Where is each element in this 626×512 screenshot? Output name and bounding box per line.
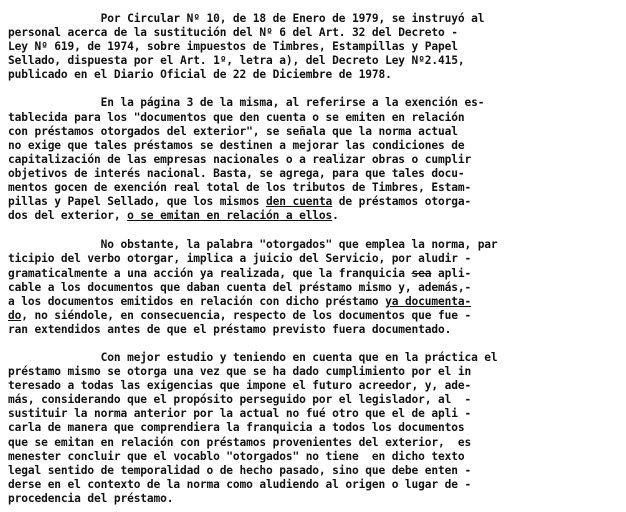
text-segment: No obstante, la palabra "otorgados" que … bbox=[8, 238, 498, 251]
text-line: carla de manera que comprendiera la fran… bbox=[8, 421, 620, 435]
text-line: Ley Nº 619, de 1974, sobre impuestos de … bbox=[8, 40, 620, 54]
text-line: No obstante, la palabra "otorgados" que … bbox=[8, 238, 620, 252]
text-segment: pillas y Papel Sellado, que los mismos bbox=[8, 195, 266, 208]
text-line: do, no siéndole, en consecuencia, respec… bbox=[8, 309, 620, 323]
text-line: gramaticalmente a una acción ya realizad… bbox=[8, 267, 620, 281]
paragraph: Con mejor estudio y teniendo en cuenta q… bbox=[8, 351, 620, 506]
text-segment: . bbox=[332, 209, 339, 222]
text-line: sustituir la norma anterior por la actua… bbox=[8, 407, 620, 421]
text-segment: apli- bbox=[431, 267, 471, 280]
text-segment: cable a los documentos que daban cuenta … bbox=[8, 281, 471, 294]
text-segment: derse en el contexto de la norma como al… bbox=[8, 478, 471, 491]
underlined-text: den cuenta bbox=[266, 195, 332, 208]
paragraph: Por Circular Nº 10, de 18 de Enero de 19… bbox=[8, 12, 620, 82]
text-segment: sustituir la norma anterior por la actua… bbox=[8, 407, 471, 420]
text-segment: dos del exterior, bbox=[8, 209, 127, 222]
text-line: pillas y Papel Sellado, que los mismos d… bbox=[8, 195, 620, 209]
text-line: menester concluir que el vocablo "otorga… bbox=[8, 450, 620, 464]
text-segment: carla de manera que comprendiera la fran… bbox=[8, 421, 464, 434]
text-segment: teresado a todas las exigencias que impo… bbox=[8, 379, 471, 392]
text-segment: con préstamos otorgados del exterior", s… bbox=[8, 125, 458, 138]
text-segment: Sellado, dispuesta por el Art. 1º, letra… bbox=[8, 54, 464, 67]
typewritten-document: Por Circular Nº 10, de 18 de Enero de 19… bbox=[8, 12, 620, 512]
text-segment: Con mejor estudio y teniendo en cuenta q… bbox=[8, 351, 498, 364]
text-segment: gramaticalmente a una acción ya realizad… bbox=[8, 267, 412, 280]
text-segment: ran extendidos antes de que el préstamo … bbox=[8, 323, 451, 336]
text-segment: Ley Nº 619, de 1974, sobre impuestos de … bbox=[8, 40, 458, 53]
underlined-text: do bbox=[8, 309, 21, 322]
text-segment: En la página 3 de la misma, al referirse… bbox=[8, 96, 484, 109]
text-segment: , no siéndole, en consecuencia, respecto… bbox=[21, 309, 471, 322]
underlined-text: ya documenta- bbox=[385, 295, 471, 308]
text-line: a los documentos emitidos en relación co… bbox=[8, 295, 620, 309]
text-segment: Por Circular Nº 10, de 18 de Enero de 19… bbox=[8, 12, 484, 25]
text-line: personal acerca de la sustitución del Nº… bbox=[8, 26, 620, 40]
text-segment: personal acerca de la sustitución del Nº… bbox=[8, 26, 458, 39]
text-segment: más, considerando que el propósito perse… bbox=[8, 393, 471, 406]
text-line: que se emitan en relación con préstamos … bbox=[8, 436, 620, 450]
text-line: ticipio del verbo otorgar, implica a jui… bbox=[8, 252, 620, 266]
text-segment: procedencia del préstamo. bbox=[8, 492, 173, 505]
text-line: capitalización de las empresas nacionale… bbox=[8, 153, 620, 167]
text-line: dos del exterior, o se emitan en relació… bbox=[8, 209, 620, 223]
paragraph: No obstante, la palabra "otorgados" que … bbox=[8, 238, 620, 337]
text-line: cable a los documentos que daban cuenta … bbox=[8, 281, 620, 295]
text-line: mentos gocen de exención real total de l… bbox=[8, 181, 620, 195]
text-segment: mentos gocen de exención real total de l… bbox=[8, 181, 471, 194]
underlined-text: o se emitan en relación a ellos bbox=[127, 209, 332, 222]
text-segment: objetivos de interés nacional. Basta, se… bbox=[8, 167, 464, 180]
text-line: derse en el contexto de la norma como al… bbox=[8, 478, 620, 492]
text-segment: capitalización de las empresas nacionale… bbox=[8, 153, 471, 166]
text-line: teresado a todas las exigencias que impo… bbox=[8, 379, 620, 393]
text-line: no exige que tales préstamos se destinen… bbox=[8, 139, 620, 153]
text-line: procedencia del préstamo. bbox=[8, 492, 620, 506]
paragraph: En la página 3 de la misma, al referirse… bbox=[8, 96, 620, 223]
text-line: Por Circular Nº 10, de 18 de Enero de 19… bbox=[8, 12, 620, 26]
text-line: En la página 3 de la misma, al referirse… bbox=[8, 96, 620, 110]
text-line: tablecida para los "documentos que den c… bbox=[8, 111, 620, 125]
text-segment: no exige que tales préstamos se destinen… bbox=[8, 139, 464, 152]
text-line: ran extendidos antes de que el préstamo … bbox=[8, 323, 620, 337]
text-segment: préstamo mismo se otorga una vez que se … bbox=[8, 365, 471, 378]
text-line: Con mejor estudio y teniendo en cuenta q… bbox=[8, 351, 620, 365]
text-line: Sellado, dispuesta por el Art. 1º, letra… bbox=[8, 54, 620, 68]
text-segment: a los documentos emitidos en relación co… bbox=[8, 295, 385, 308]
text-segment: menester concluir que el vocablo "otorga… bbox=[8, 450, 464, 463]
text-segment: que se emitan en relación con préstamos … bbox=[8, 436, 471, 449]
text-segment: publicado en el Diario Oficial de 22 de … bbox=[8, 68, 392, 81]
text-line: publicado en el Diario Oficial de 22 de … bbox=[8, 68, 620, 82]
struck-text: sea bbox=[412, 267, 432, 280]
text-line: con préstamos otorgados del exterior", s… bbox=[8, 125, 620, 139]
text-segment: ticipio del verbo otorgar, implica a jui… bbox=[8, 252, 471, 265]
text-line: préstamo mismo se otorga una vez que se … bbox=[8, 365, 620, 379]
text-segment: tablecida para los "documentos que den c… bbox=[8, 111, 464, 124]
text-segment: de préstamos otorga- bbox=[332, 195, 471, 208]
text-line: más, considerando que el propósito perse… bbox=[8, 393, 620, 407]
text-line: objetivos de interés nacional. Basta, se… bbox=[8, 167, 620, 181]
text-segment: legal sentido de temporalidad o de hecho… bbox=[8, 464, 471, 477]
text-line: legal sentido de temporalidad o de hecho… bbox=[8, 464, 620, 478]
